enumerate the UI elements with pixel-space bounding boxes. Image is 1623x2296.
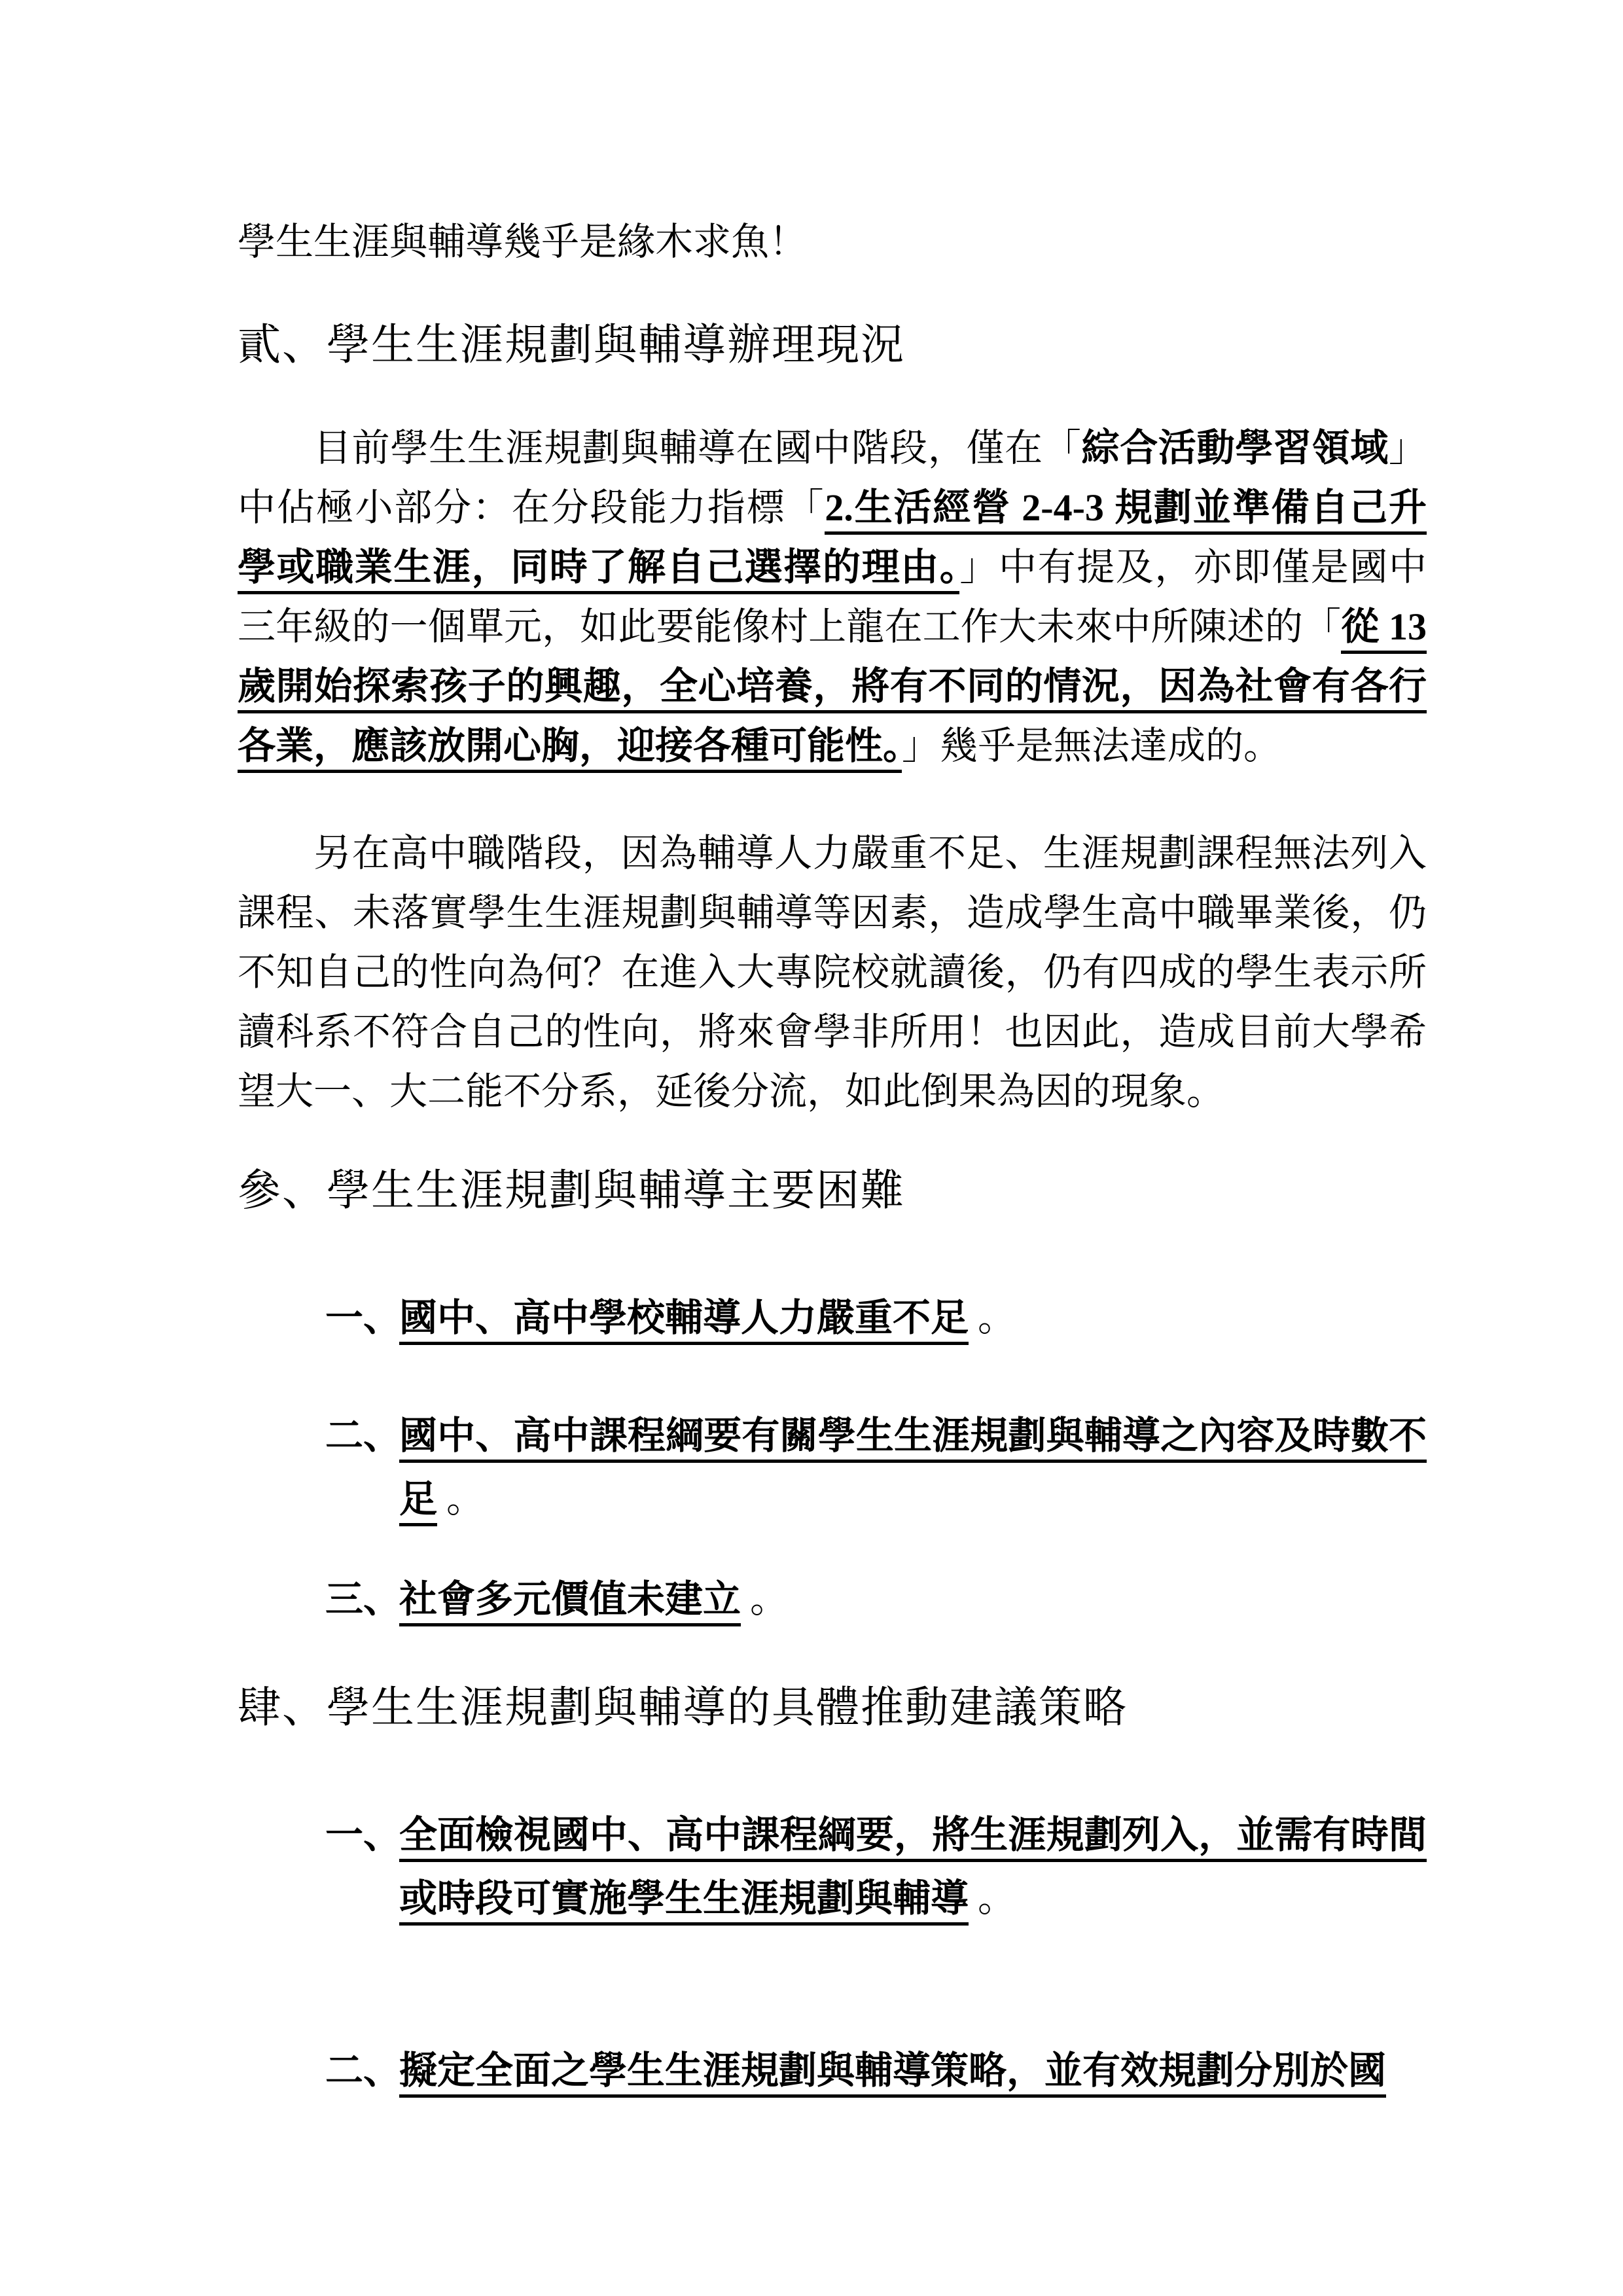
list-item-text: 國中、高中課程綱要有關學生生涯規劃與輔導之內容及時數不足 [399, 1414, 1427, 1526]
intro-line: 學生生涯與輔導幾乎是緣木求魚！ [238, 212, 1427, 272]
list-item-text: 擬定全面之學生生涯規劃與輔導策略，並有效規劃分別於國 [399, 2049, 1386, 2098]
list-item-period: 。 [446, 1478, 484, 1520]
list-item-text: 全面檢視國中、高中課程綱要，將生涯規劃列入，並需有時間或時段可實施學生生涯規劃與… [399, 1814, 1427, 1926]
heading-section-2: 貳、學生生涯規劃與輔導辦理現況 [238, 313, 1427, 378]
list-item-period: 。 [978, 1877, 1016, 1920]
document-page: 學生生涯與輔導幾乎是緣木求魚！ 貳、學生生涯規劃與輔導辦理現況 目前學生生涯規劃… [0, 0, 1623, 2296]
list-item-difficulty-1: 一、國中、高中學校輔導人力嚴重不足。 [238, 1286, 1427, 1350]
list-item-number: 一、 [325, 1803, 401, 1867]
paragraph-current-status: 目前學生生涯規劃與輔導在國中階段，僅在「綜合活動學習領域」中佔極小部分：在分段能… [238, 418, 1427, 776]
list-item-number: 二、 [325, 2039, 401, 2102]
paragraph-highschool-stage: 另在高中職階段，因為輔導人力嚴重不足、生涯規劃課程無法列入課程、未落實學生生涯規… [238, 823, 1427, 1121]
list-item-number: 二、 [325, 1404, 401, 1467]
text-run: 」幾乎是無法達成的。 [902, 725, 1281, 767]
list-item-strategy-1: 一、全面檢視國中、高中課程綱要，將生涯規劃列入，並需有時間或時段可實施學生生涯規… [238, 1803, 1427, 1930]
heading-section-4: 肆、學生生涯規劃與輔導的具體推動建議策略 [238, 1676, 1427, 1741]
page-content: 學生生涯與輔導幾乎是緣木求魚！ 貳、學生生涯規劃與輔導辦理現況 目前學生生涯規劃… [238, 0, 1427, 2102]
list-item-number: 一、 [325, 1286, 401, 1350]
text-run: 目前學生生涯規劃與輔導在國中階段，僅在「 [313, 427, 1082, 469]
list-item-text: 社會多元價值未建立 [399, 1578, 741, 1626]
list-item-period: 。 [978, 1297, 1016, 1339]
list-item-difficulty-3: 三、社會多元價值未建立。 [238, 1568, 1427, 1631]
list-item-difficulty-2: 二、國中、高中課程綱要有關學生生涯規劃與輔導之內容及時數不足。 [238, 1404, 1427, 1531]
list-item-strategy-2: 二、擬定全面之學生生涯規劃與輔導策略，並有效規劃分別於國 [238, 2039, 1427, 2102]
text-run-bold: 綜合活動學習領域 [1082, 427, 1389, 469]
list-item-text: 國中、高中學校輔導人力嚴重不足 [399, 1297, 969, 1345]
list-item-period: 。 [750, 1578, 788, 1621]
heading-section-3: 參、學生生涯規劃與輔導主要困難 [238, 1158, 1427, 1224]
list-item-number: 三、 [325, 1568, 401, 1631]
